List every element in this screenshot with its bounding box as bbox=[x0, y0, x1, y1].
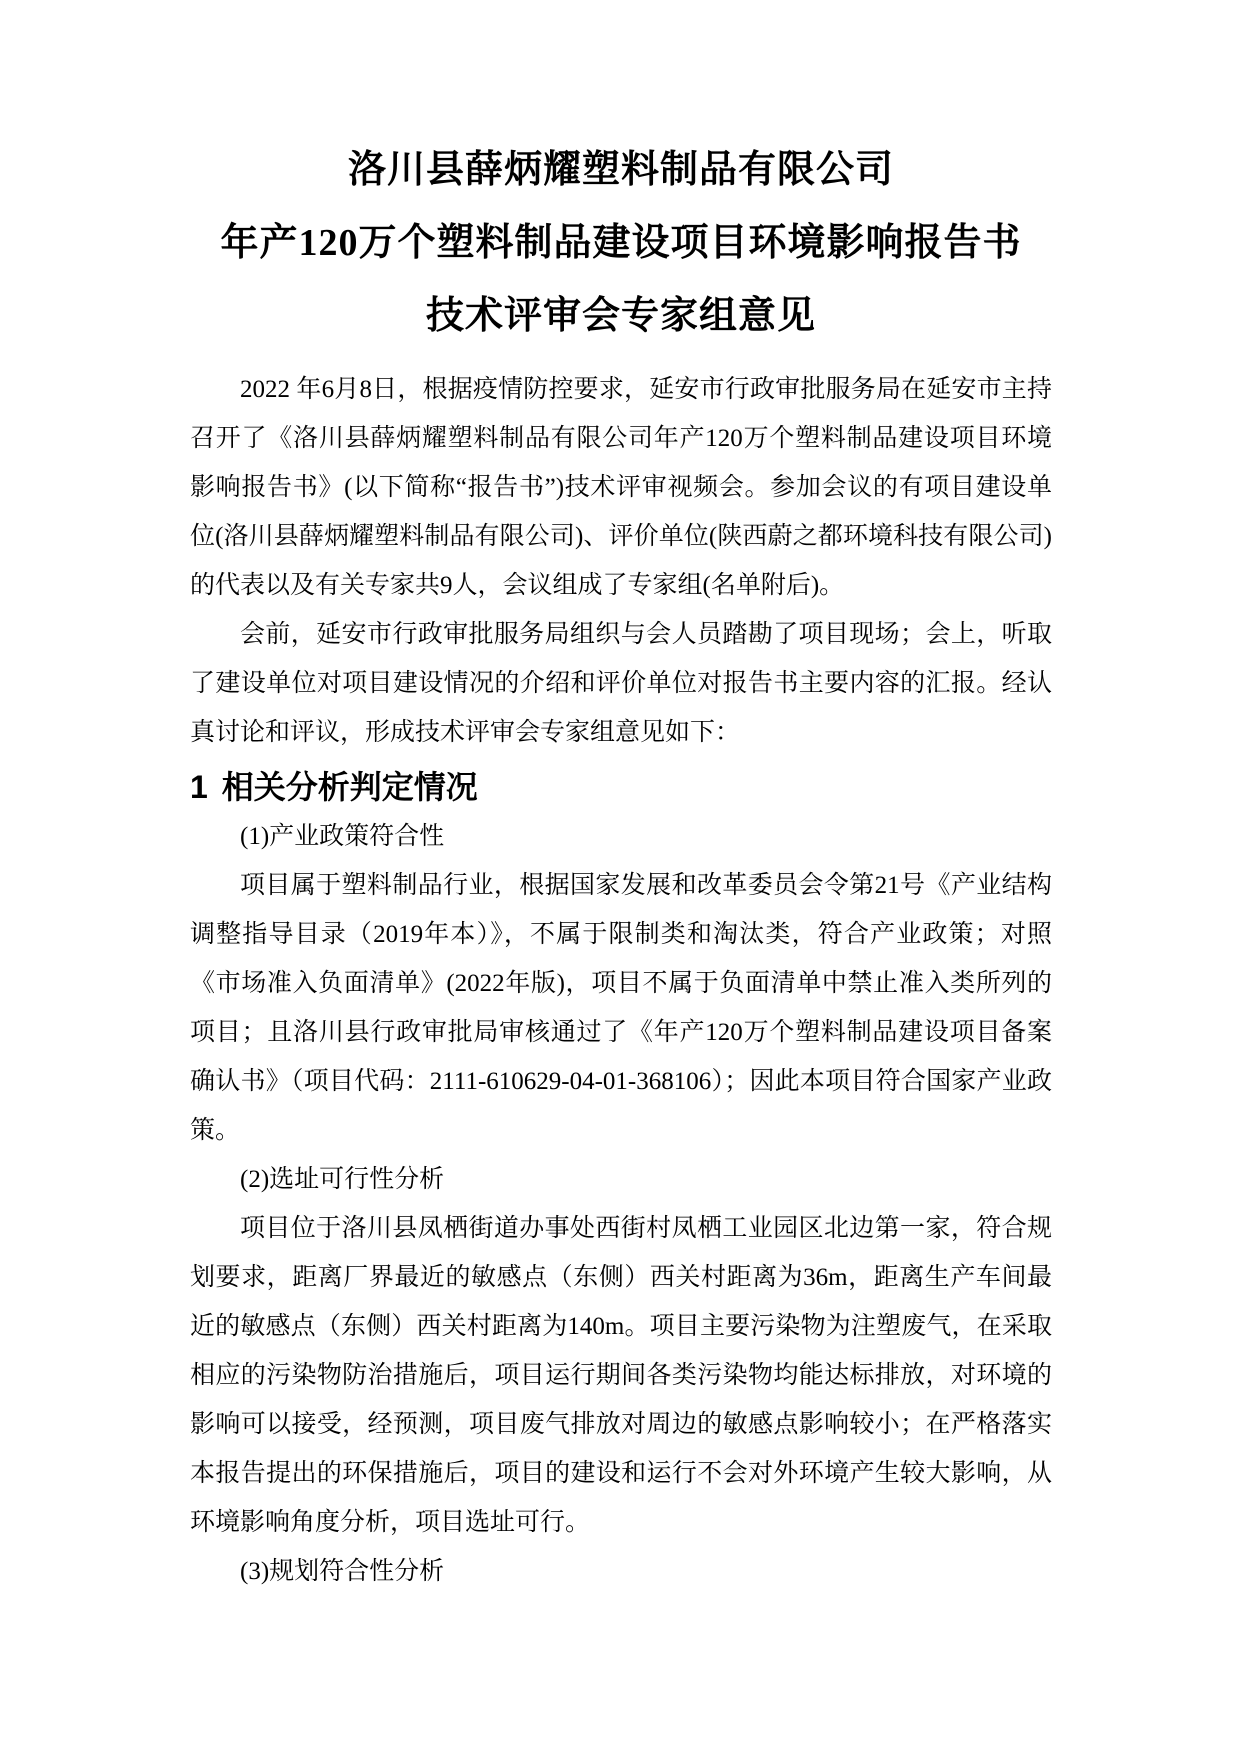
document-page: 洛川县薛炳耀塑料制品有限公司 年产120万个塑料制品建设项目环境影响报告书 技术… bbox=[0, 0, 1241, 1754]
document-body: 2022 年6月8日，根据疫情防控要求，延安市行政审批服务局在延安市主持召开了《… bbox=[190, 365, 1052, 1596]
subsection-1-label: (1)产业政策符合性 bbox=[190, 812, 1052, 861]
subsection-1-body: 项目属于塑料制品行业，根据国家发展和改革委员会令第21号《产业结构调整指导目录（… bbox=[190, 861, 1052, 1155]
section-1-title: 相关分析判定情况 bbox=[222, 769, 478, 805]
intro-paragraph-procedure: 会前，延安市行政审批服务局组织与会人员踏勘了项目现场；会上，听取了建设单位对项目… bbox=[190, 610, 1052, 757]
title-line-meeting: 技术评审会专家组意见 bbox=[190, 280, 1052, 353]
section-1-number: 1 bbox=[190, 769, 208, 805]
subsection-3-label: (3)规划符合性分析 bbox=[190, 1547, 1052, 1596]
subsection-2-label: (2)选址可行性分析 bbox=[190, 1155, 1052, 1204]
document-title-block: 洛川县薛炳耀塑料制品有限公司 年产120万个塑料制品建设项目环境影响报告书 技术… bbox=[190, 134, 1052, 353]
section-1-heading: 1相关分析判定情况 bbox=[190, 763, 1052, 812]
title-line-project: 年产120万个塑料制品建设项目环境影响报告书 bbox=[190, 207, 1052, 280]
title-line-company: 洛川县薛炳耀塑料制品有限公司 bbox=[190, 134, 1052, 207]
subsection-2-body: 项目位于洛川县凤栖街道办事处西街村凤栖工业园区北边第一家，符合规划要求，距离厂界… bbox=[190, 1204, 1052, 1547]
intro-paragraph-meeting: 2022 年6月8日，根据疫情防控要求，延安市行政审批服务局在延安市主持召开了《… bbox=[190, 365, 1052, 610]
